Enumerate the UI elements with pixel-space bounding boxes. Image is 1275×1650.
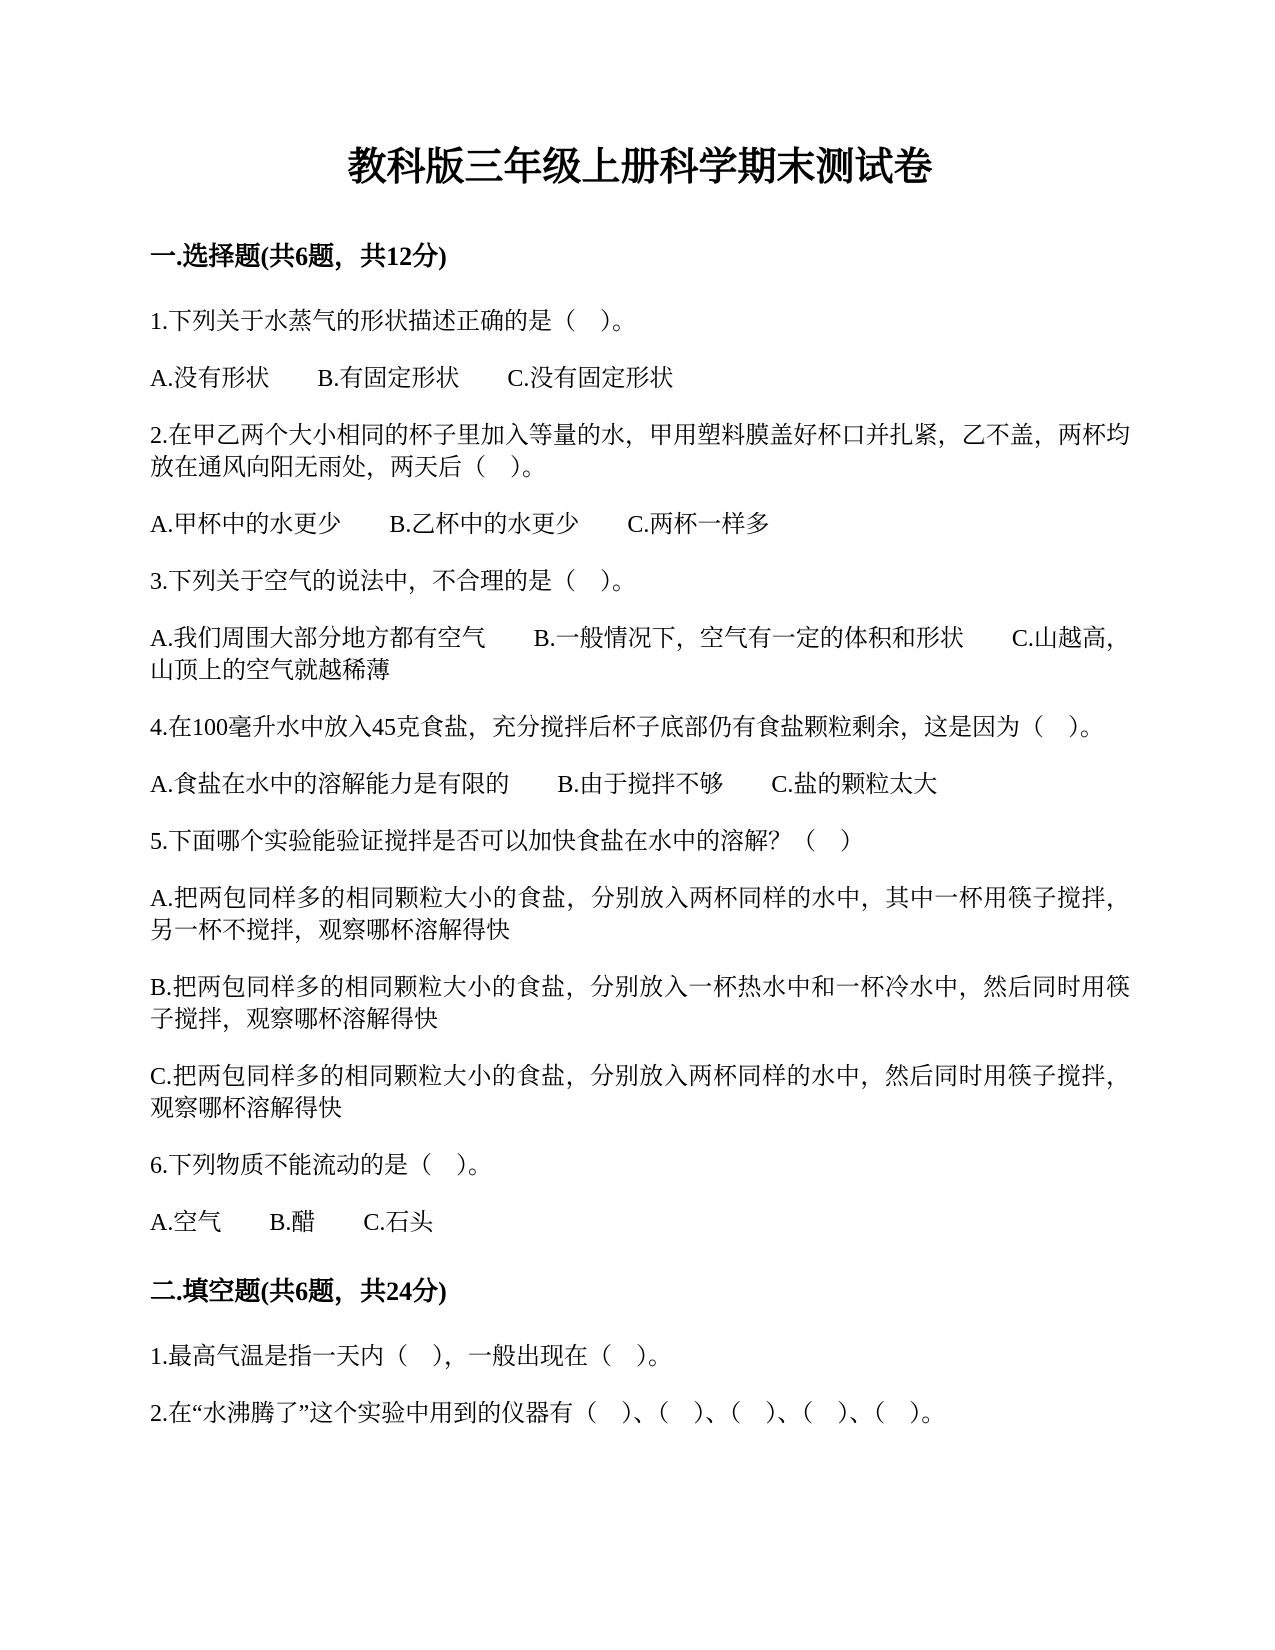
section-fill-in-blanks: 二.填空题(共6题，共24分) 1.最高气温是指一天内（ ），一般出现在（ ）。… <box>150 1275 1130 1430</box>
question-2-options: A.甲杯中的水更少 B.乙杯中的水更少 C.两杯一样多 <box>150 509 1130 541</box>
fill-question-2-text: 2.在“水沸腾了”这个实验中用到的仪器有（ ）、（ ）、（ ）、（ ）、（ ）。 <box>150 1398 1130 1430</box>
exam-paper-page: 教科版三年级上册科学期末测试卷 一.选择题(共6题，共12分) 1.下列关于水蒸… <box>0 0 1275 1650</box>
question-5-option-c: C.把两包同样多的相同颗粒大小的食盐，分别放入两杯同样的水中，然后同时用筷子搅拌… <box>150 1061 1130 1125</box>
section-2-heading: 二.填空题(共6题，共24分) <box>150 1275 1130 1309</box>
question-1-options: A.没有形状 B.有固定形状 C.没有固定形状 <box>150 363 1130 395</box>
question-3-options: A.我们周围大部分地方都有空气 B.一般情况下，空气有一定的体积和形状 C.山越… <box>150 623 1130 687</box>
question-2-text: 2.在甲乙两个大小相同的杯子里加入等量的水，甲用塑料膜盖好杯口并扎紧，乙不盖，两… <box>150 420 1130 484</box>
question-4-text: 4.在100毫升水中放入45克食盐，充分搅拌后杯子底部仍有食盐颗粒剩余，这是因为… <box>150 712 1130 744</box>
fill-question-1-text: 1.最高气温是指一天内（ ），一般出现在（ ）。 <box>150 1341 1130 1373</box>
section-multiple-choice: 一.选择题(共6题，共12分) 1.下列关于水蒸气的形状描述正确的是（ ）。 A… <box>150 240 1130 1239</box>
question-5-text: 5.下面哪个实验能验证搅拌是否可以加快食盐在水中的溶解？（ ） <box>150 826 1130 858</box>
question-6-text: 6.下列物质不能流动的是（ ）。 <box>150 1150 1130 1182</box>
question-5-option-a: A.把两包同样多的相同颗粒大小的食盐，分别放入两杯同样的水中，其中一杯用筷子搅拌… <box>150 883 1130 947</box>
question-3-text: 3.下列关于空气的说法中，不合理的是（ ）。 <box>150 566 1130 598</box>
question-4-options: A.食盐在水中的溶解能力是有限的 B.由于搅拌不够 C.盐的颗粒太大 <box>150 769 1130 801</box>
question-6-options: A.空气 B.醋 C.石头 <box>150 1207 1130 1239</box>
question-1-text: 1.下列关于水蒸气的形状描述正确的是（ ）。 <box>150 306 1130 338</box>
document-title: 教科版三年级上册科学期末测试卷 <box>150 143 1130 193</box>
section-1-heading: 一.选择题(共6题，共12分) <box>150 240 1130 274</box>
question-5-option-b: B.把两包同样多的相同颗粒大小的食盐，分别放入一杯热水中和一杯冷水中，然后同时用… <box>150 972 1130 1036</box>
